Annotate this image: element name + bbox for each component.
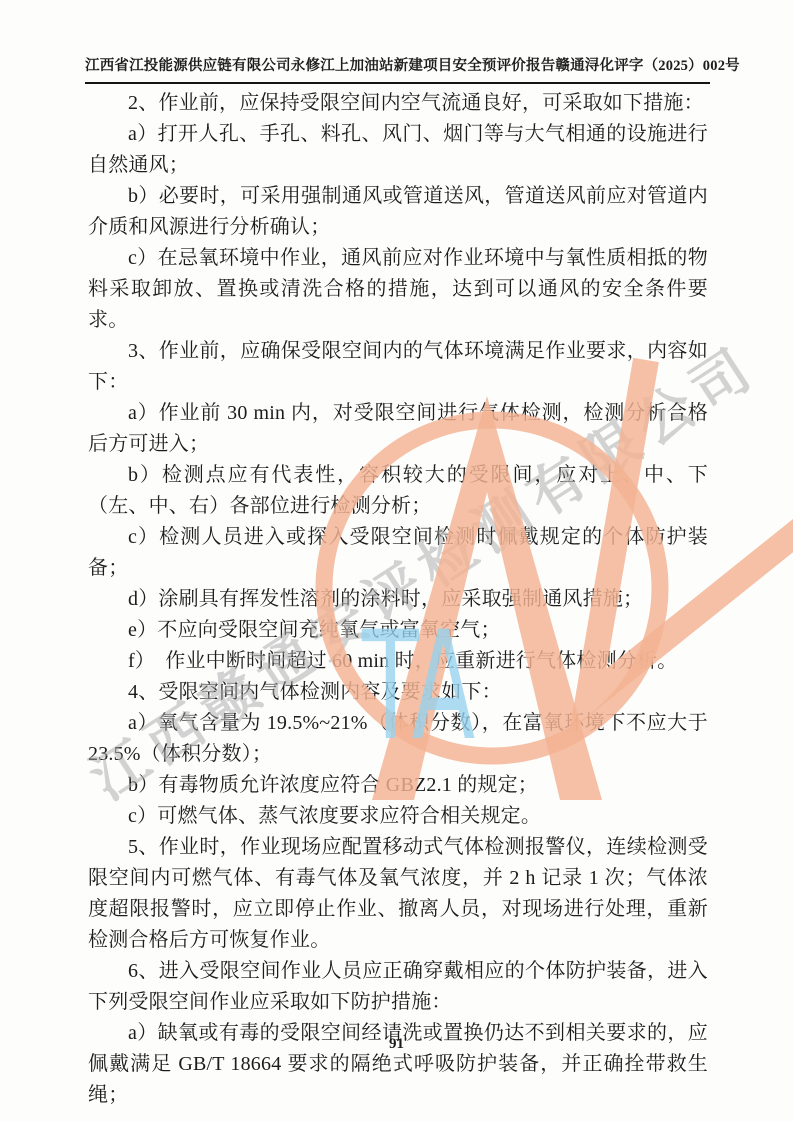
paragraph: 4、受限空间内气体检测内容及要求如下： xyxy=(88,677,708,708)
paragraph: c）在忌氧环境中作业，通风前应对作业环境中与氧性质相抵的物料采取卸放、置换或清洗… xyxy=(88,243,708,336)
paragraph: f） 作业中断时间超过 60 min 时，应重新进行气体检测分析。 xyxy=(88,646,708,677)
paragraph: 5、作业时，作业现场应配置移动式气体检测报警仪，连续检测受限空间内可燃气体、有毒… xyxy=(88,832,708,956)
header-doc-number: 赣通浔化评字（2025）002号 xyxy=(555,54,739,75)
paragraph: a）缺氧或有毒的受限空间经请洗或置换仍达不到相关要求的，应佩戴满足 GB/T 1… xyxy=(88,1018,708,1111)
paragraph: e）不应向受限空间充纯氧气或富氧空气； xyxy=(88,615,708,646)
paragraph: a）氧气含量为 19.5%~21%（体积分数），在富氧环境下不应大于 23.5%… xyxy=(88,708,708,770)
paragraph: b）检测点应有代表性，容积较大的受限间，应对上、中、下（左、中、右）各部位进行检… xyxy=(88,460,708,522)
paragraph: b）有毒物质允许浓度应符合 GBZ2.1 的规定； xyxy=(88,770,708,801)
paragraph: a）作业前 30 min 内，对受限空间进行气体检测，检测分析合格后方可进入； xyxy=(88,398,708,460)
header-report-title: 江西省江投能源供应链有限公司永修江上加油站新建项目安全预评价报告 xyxy=(85,54,555,75)
paragraph: 6、进入受限空间作业人员应正确穿戴相应的个体防护装备，进入下列受限空间作业应采取… xyxy=(88,956,708,1018)
paragraph: a）打开人孔、手孔、料孔、风门、烟门等与大气相通的设施进行自然通风； xyxy=(88,119,708,181)
paragraph: 2、作业前，应保持受限空间内空气流通良好，可采取如下措施： xyxy=(88,88,708,119)
paragraph: c）检测人员进入或探入受限空间检测时佩戴规定的个体防护装备； xyxy=(88,522,708,584)
paragraph: d）涂刷具有挥发性溶剂的涂料时，应采取强制通风措施； xyxy=(88,584,708,615)
paragraph: c）可燃气体、蒸气浓度要求应符合相关规定。 xyxy=(88,801,708,832)
document-body: 2、作业前，应保持受限空间内空气流通良好，可采取如下措施： a）打开人孔、手孔、… xyxy=(88,88,708,1111)
report-page: 江西省江投能源供应链有限公司永修江上加油站新建项目安全预评价报告 赣通浔化评字（… xyxy=(0,0,793,1122)
page-header: 江西省江投能源供应链有限公司永修江上加油站新建项目安全预评价报告 赣通浔化评字（… xyxy=(85,54,710,84)
paragraph: b）必要时，可采用强制通风或管道送风，管道送风前应对管道内介质和风源进行分析确认… xyxy=(88,181,708,243)
paragraph: 3、作业前，应确保受限空间内的气体环境满足作业要求，内容如下： xyxy=(88,336,708,398)
